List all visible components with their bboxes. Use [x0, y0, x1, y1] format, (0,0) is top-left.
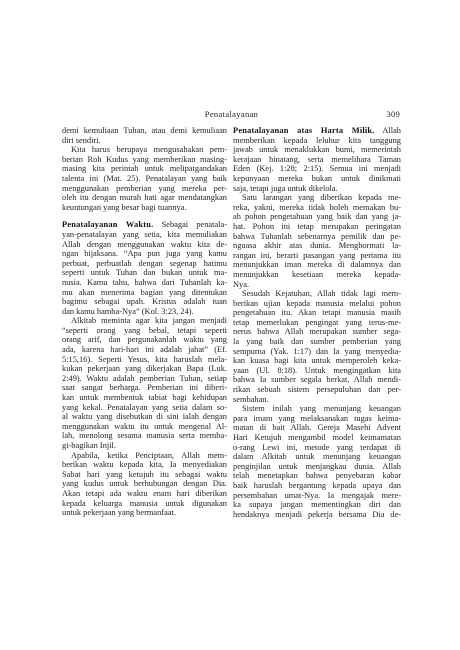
text-line: Sistem inilah yang menunjang keuangan [233, 404, 401, 414]
section-heading: Penatalayanan atas Harta Milik. [233, 126, 375, 135]
page-header: Penatalayanan 309 [62, 108, 401, 120]
text-line: dalam Alkitab untuk menunjang keuangan [233, 452, 401, 462]
text-line: berikan waktu kepada kita, Ia menyediaka… [62, 460, 227, 470]
text-line: mu akan menerima bagian yang ditentukan [62, 288, 227, 298]
text-line: bagimu sebagai upah. Kristus adalah tuan [62, 297, 227, 307]
text-line: Alkitab meminta agar kita jangan menjadi [62, 316, 227, 326]
paragraph: demi kemuliaan Tuhan, atau demi kemuliaa… [62, 126, 227, 145]
text-line: nguasa akhir atas dunia. Menghormati la- [233, 241, 401, 251]
text-line: Penatalayanan atas Harta Milik. Allah [233, 126, 401, 136]
text-line: hat. Pohon ini tetap merupakan peringata… [233, 222, 401, 232]
text-line: ngan bijaksana. “Apa pun juga yang kamu [62, 249, 227, 259]
text-line: hendaknya menjadi pekerja bersama Dia de… [233, 510, 401, 520]
text-line: sempurna (Yak. 1:17) dan Ia yang menyedi… [233, 347, 401, 357]
left-text-column: demi kemuliaan Tuhan, atau demi kemuliaa… [62, 126, 227, 518]
text-line: 5:15,16). Seperti Yesus, kita haruslah m… [62, 355, 227, 365]
text-line: persembahan umat-Nya. Ia mengajak mere- [233, 491, 401, 501]
text-line: penginjilan untuk menjangkau dunia. Alla… [233, 462, 401, 472]
text-line: kepunyaan mereka bukan untuk dinikmati [233, 174, 401, 184]
text-line: berikan ujian kepada manusia melalui poh… [233, 299, 401, 309]
text-line: keuntungan yang besar bagi tuannya. [62, 203, 227, 213]
section-heading: Penatalayanan Waktu. [62, 220, 153, 229]
text-line: Satu larangan yang diberikan kepada me- [233, 193, 401, 203]
text-line: yang kekal. Penatalayan yang setia dalam… [62, 403, 227, 413]
text-line: kan kuasa bagi kita untuk memperoleh kek… [233, 356, 401, 366]
text-line: reka, yakni, mereka tidak boleh memakan … [233, 203, 401, 213]
text-line: kan untuk membentuk tabiat bagi kehidupa… [62, 393, 227, 403]
text-line: jawab untuk menaklukkan bumi, memerintah [233, 145, 401, 155]
text-line: ah pohon pengetahuan yang baik dan yang … [233, 212, 401, 222]
text-line: kepada keluarga manusia untuk digunakan [62, 499, 227, 509]
paragraph: Alkitab meminta agar kita jangan menjadi… [62, 316, 227, 450]
text-line: oleh itu dengan murah hati agar mendatan… [62, 193, 227, 203]
text-line: ada, karena hari-hari ini adalah jahat” … [62, 345, 227, 355]
text-line: memberikan kepada leluhur kita tanggung [233, 136, 401, 146]
paragraph: Satu larangan yang diberikan kepada me-r… [233, 193, 401, 289]
text-line: menggunakan waktu itu untuk mengenal Al- [62, 422, 227, 432]
text-line: sembahan. [233, 395, 401, 405]
text-line: la yang baik dan sumber pemberian yang [233, 337, 401, 347]
right-text-column: Penatalayanan atas Harta Milik. Allahmem… [233, 126, 401, 519]
text-line: al waktu yang disebutkan di sini ialah d… [62, 412, 227, 422]
text-line: menunjukkan kesetiaan mereka kepada- [233, 270, 401, 280]
text-line: rikan sebuah sistem persepuluhan dan per… [233, 385, 401, 395]
text-line: menggunakan pemberian yang mereka per- [62, 184, 227, 194]
text-line: Kita harus berupaya mengusahakan pem- [62, 145, 227, 155]
paragraph: Apabila, ketika Penciptaan, Allah mem-be… [62, 451, 227, 518]
text-line: demi kemuliaan Tuhan, atau demi kemuliaa… [62, 126, 227, 136]
text-line: o-rang Lewi ini, metode yang terdapat di [233, 443, 401, 453]
text-line: pengetahuan itu. Akan tetapi manusia mas… [233, 308, 401, 318]
text-line: Eden (Kej. 1:28; 2:15). Semua ini menjad… [233, 164, 401, 174]
text-line: talenta ini (Mat. 25). Penatalayan yang … [62, 174, 227, 184]
text-line: bahwa Ia sumber segala berkat, Allah men… [233, 375, 401, 385]
text-line: Akan tetapi ada waktu enam hari diberika… [62, 489, 227, 499]
text-line: kukan pekerjaan yang dikerjakan Bapa (Lu… [62, 364, 227, 374]
text-line: lah, menolong sesama manusia serta memba… [62, 431, 227, 441]
paragraph: Sesudah Kejatuhan, Allah tidak lagi mem-… [233, 289, 401, 404]
text-line: Allah dengan menggunakan waktu kita de- [62, 240, 227, 250]
text-line: nusia. Kamu tahu, bahwa dari Tuhanlah ka… [62, 278, 227, 288]
text-line: orang arif, dan pergunakanlah waktu yang [62, 335, 227, 345]
text-line: nerus bahwa Allah merupakan sumber sega- [233, 327, 401, 337]
text-line: yaan (Ul. 8:18). Untuk mengingatkan kita [233, 366, 401, 376]
text-line: berian Roh Kudus yang memberikan masing- [62, 155, 227, 165]
text-line: kerajaan binatang, serta memelihara Tama… [233, 155, 401, 165]
running-head-title: Penatalayanan [205, 109, 259, 119]
text-line: dan kamu hamba-Nya” (Kol. 3:23, 24). [62, 307, 227, 317]
text-line: telah menetapkan bahwa penyebaran kabar [233, 471, 401, 481]
text-line: matan di bait Allah. Gereja Masehi Adven… [233, 423, 401, 433]
text-line: rangan ini, berarti pasangan yang pertam… [233, 251, 401, 261]
text-line: gi-bagikan Injil. [62, 441, 227, 451]
text-line: baik haruslah bergantung kepada upaya da… [233, 481, 401, 491]
text-line: untuk pekerjaan yang bermanfaat. [62, 508, 227, 518]
text-line: bahwa Tuhanlah sebenarnya pemilik dan pe… [233, 232, 401, 242]
text-line: Sesudah Kejatuhan, Allah tidak lagi mem- [233, 289, 401, 299]
section-paragraph: Penatalayanan atas Harta Milik. Allahmem… [233, 126, 401, 193]
text-line: masing kita perintah untuk melipatgandak… [62, 164, 227, 174]
page-number: 309 [387, 108, 401, 120]
text-line: Apabila, ketika Penciptaan, Allah mem- [62, 451, 227, 461]
text-line: “seperti orang yang bebal, tetapi sepert… [62, 326, 227, 336]
text-line: diri sendiri. [62, 136, 227, 146]
text-line: 2:49). Waktu adalah pemberian Tuhan, set… [62, 374, 227, 384]
text-line: tetap memerlukan pengingat yang terus-me… [233, 318, 401, 328]
section-paragraph: Penatalayanan Waktu. Sebagai penatala-ya… [62, 220, 227, 316]
text-line: seperti untuk Tuhan dan bukan untuk ma- [62, 268, 227, 278]
text-line: Penatalayanan Waktu. Sebagai penatala- [62, 220, 227, 230]
text-line: menunjukkan iman mereka di dalamnya dan [233, 260, 401, 270]
text-line: ka supaya jangan mementingkan diri dan [233, 500, 401, 510]
text-line: Hari Ketujuh mengambil model keimamatan [233, 433, 401, 443]
text-line: Nya. [233, 280, 401, 290]
text-line: yan-penatalayan yang setia, kita memulia… [62, 230, 227, 240]
text-line: saja, tetapi juga untuk dikelola. [233, 184, 401, 194]
paragraph: Sistem inilah yang menunjang keuanganpar… [233, 404, 401, 519]
paragraph: Kita harus berupaya mengusahakan pem-ber… [62, 145, 227, 212]
book-page: Penatalayanan 309 demi kemuliaan Tuhan, … [0, 0, 460, 650]
text-line: yang kudus untuk berhubungan dengan Dia. [62, 479, 227, 489]
text-line: Sabat hari yang ketujuh itu sebagai wakt… [62, 470, 227, 480]
text-line: saat sangat berharga. Pemberian ini dibe… [62, 383, 227, 393]
text-line: perbuat, perbuatlah dengan segenap hatim… [62, 259, 227, 269]
text-line: para imam yang melaksanakan tugas keima- [233, 414, 401, 424]
